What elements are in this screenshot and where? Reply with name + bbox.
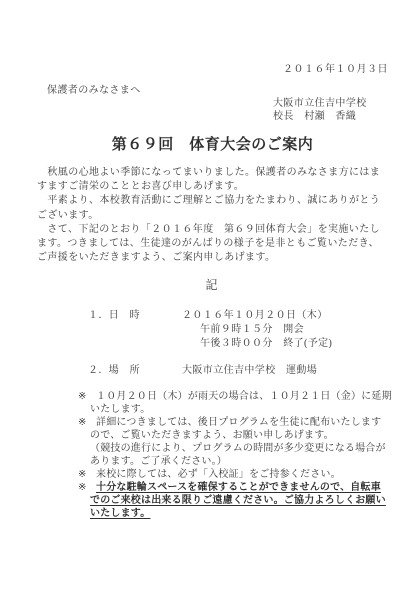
paragraph-line: ます。つきましては、生徒達のがんばりの様子を是非ともご覧いただき、 (37, 237, 388, 251)
paragraph-line: 秋風の心地よい季節になってまいりました。保護者のみなさま方にはま (37, 166, 388, 180)
note-item: ※ 十分な駐輪スペースを確保することができませんので、自転車 でのご来校は出来る… (78, 481, 388, 520)
school-name: 大阪市立住吉中学校 (273, 97, 388, 110)
detail-value: ２０１６年１０月２０日（木） 午前９時１５分 開会 午後３時００分 終了(予定) (182, 309, 332, 351)
note-line: 詳細につきましては、後日プログラムを生徒に配布いたします (96, 416, 388, 429)
note-line: いたします。 (90, 403, 388, 416)
paragraph-line: すますご清栄のこととお喜び申しあげます。 (37, 180, 388, 194)
paragraph-line: ご声援をいただきますよう、ご案内申しあげます。 (37, 251, 388, 265)
recipient-line: 保護者のみなさまへ (47, 84, 388, 97)
note-line: でのご来校は出来る限りご遠慮ください。ご協力よろしくお願い (90, 494, 388, 507)
principal-name: 校長 村瀬 香織 (273, 110, 388, 123)
detail-label: １．日 時 (88, 309, 182, 351)
note-line: あります。ご了承ください。） (90, 455, 388, 468)
note-line: （競技の進行により、プログラムの時間が多少変更になる場合が (90, 442, 388, 455)
document-page: ２０１６年１０月３日 保護者のみなさまへ 大阪市立住吉中学校 校長 村瀬 香織 … (0, 0, 420, 594)
paragraph-line: さて、下記のとおり「２０１６年度 第６９回体育大会」を実施いたし (37, 223, 388, 237)
body-paragraphs: 秋風の心地よい季節になってまいりました。保護者のみなさま方にはま すますご清栄の… (37, 166, 388, 265)
detail-label: ２．場 所 (88, 364, 182, 378)
detail-value-line: 午前９時１５分 開会 (200, 323, 332, 337)
note-body-emphasized: 十分な駐輪スペースを確保することができませんので、自転車 でのご来校は出来る限り… (96, 481, 388, 520)
document-date: ２０１６年１０月３日 (37, 63, 388, 76)
note-marker: ※ (78, 468, 96, 481)
note-body: 詳細につきましては、後日プログラムを生徒に配布いたします ので、ご覧いただきます… (96, 416, 388, 468)
detail-row-datetime: １．日 時 ２０１６年１０月２０日（木） 午前９時１５分 開会 午後３時００分 … (88, 309, 388, 351)
note-body: 来校に際しては、必ず「入校証」をご持参ください。 (96, 468, 388, 481)
record-heading: 記 (37, 278, 388, 292)
detail-row-place: ２．場 所 大阪市立住吉中学校 運動場 (88, 364, 388, 378)
note-line: いたします。 (90, 507, 388, 520)
note-line: ので、ご覧いただきますよう、お願い申しあげます。 (90, 429, 388, 442)
document-title: 第６９回 体育大会のご案内 (37, 136, 388, 154)
note-item: ※ １０月２０日（木）が雨天の場合は、１０月２１日（金）に延期 いたします。 (78, 390, 388, 416)
paragraph-line: 平素より、本校教育活動にご理解とご協力をたまわり、誠にありがとう (37, 194, 388, 208)
note-item: ※ 詳細につきましては、後日プログラムを生徒に配布いたします ので、ご覧いただき… (78, 416, 388, 468)
sender-block: 大阪市立住吉中学校 校長 村瀬 香織 (273, 97, 388, 123)
paragraph-line: ございます。 (37, 209, 388, 223)
note-body: １０月２０日（木）が雨天の場合は、１０月２１日（金）に延期 いたします。 (96, 390, 388, 416)
detail-value-line: 午後３時００分 終了(予定) (200, 337, 332, 351)
note-line: 来校に際しては、必ず「入校証」をご持参ください。 (96, 468, 388, 481)
detail-value-line: 大阪市立住吉中学校 運動場 (182, 364, 317, 378)
notes-section: ※ １０月２０日（木）が雨天の場合は、１０月２１日（金）に延期 いたします。 ※… (37, 390, 388, 520)
detail-value: 大阪市立住吉中学校 運動場 (182, 364, 317, 378)
detail-value-line: ２０１６年１０月２０日（木） (182, 309, 332, 323)
note-line: １０月２０日（木）が雨天の場合は、１０月２１日（金）に延期 (96, 390, 388, 403)
note-item: ※ 来校に際しては、必ず「入校証」をご持参ください。 (78, 468, 388, 481)
note-line: 十分な駐輪スペースを確保することができませんので、自転車 (96, 481, 388, 494)
